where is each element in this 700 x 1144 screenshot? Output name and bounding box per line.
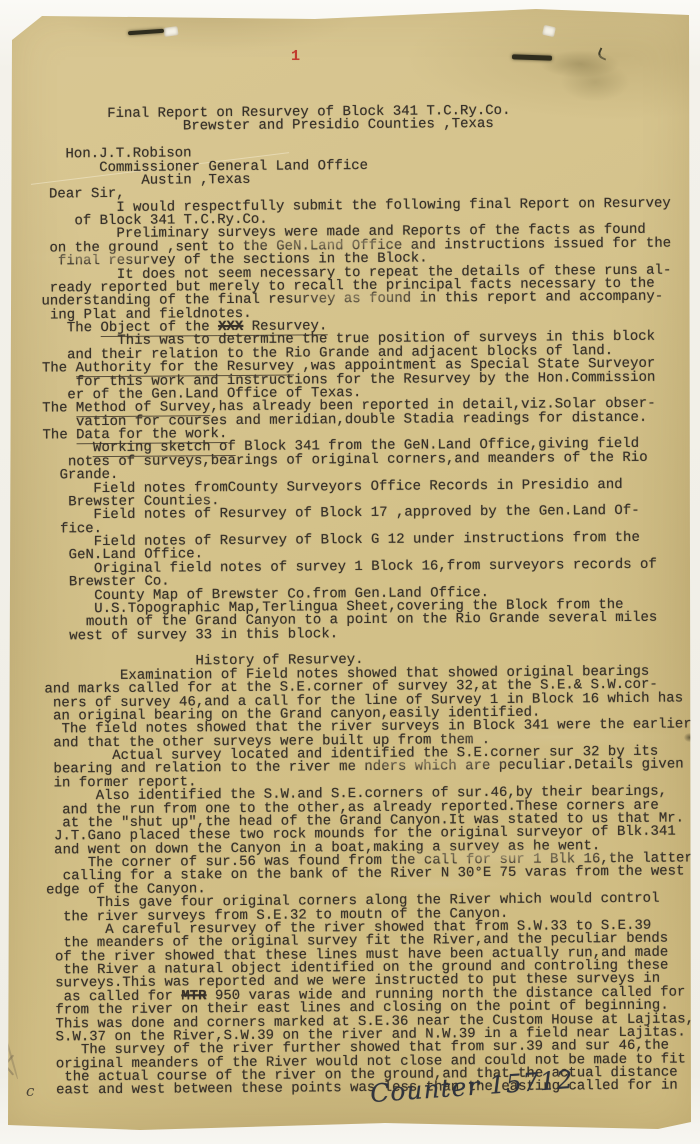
paper-sheet: 1 Final Report on Resurvey of Block 341 …	[0, 0, 700, 1144]
staple-mark	[512, 54, 552, 60]
corner-letter-mark: c	[26, 1082, 34, 1100]
pen-mark	[596, 47, 609, 60]
scanned-document-page: { "page": { "page_number": "1", "handwri…	[0, 0, 700, 1144]
ink-smudge	[560, 62, 630, 102]
staple-mark	[128, 29, 164, 36]
typewritten-text: Final Report on Resurvey of Block 341 T.…	[40, 103, 700, 1098]
paper-chip-mark	[542, 25, 556, 37]
page-number: 1	[291, 48, 300, 65]
ink-smudge	[684, 733, 695, 742]
paper-chip-mark	[163, 26, 178, 37]
